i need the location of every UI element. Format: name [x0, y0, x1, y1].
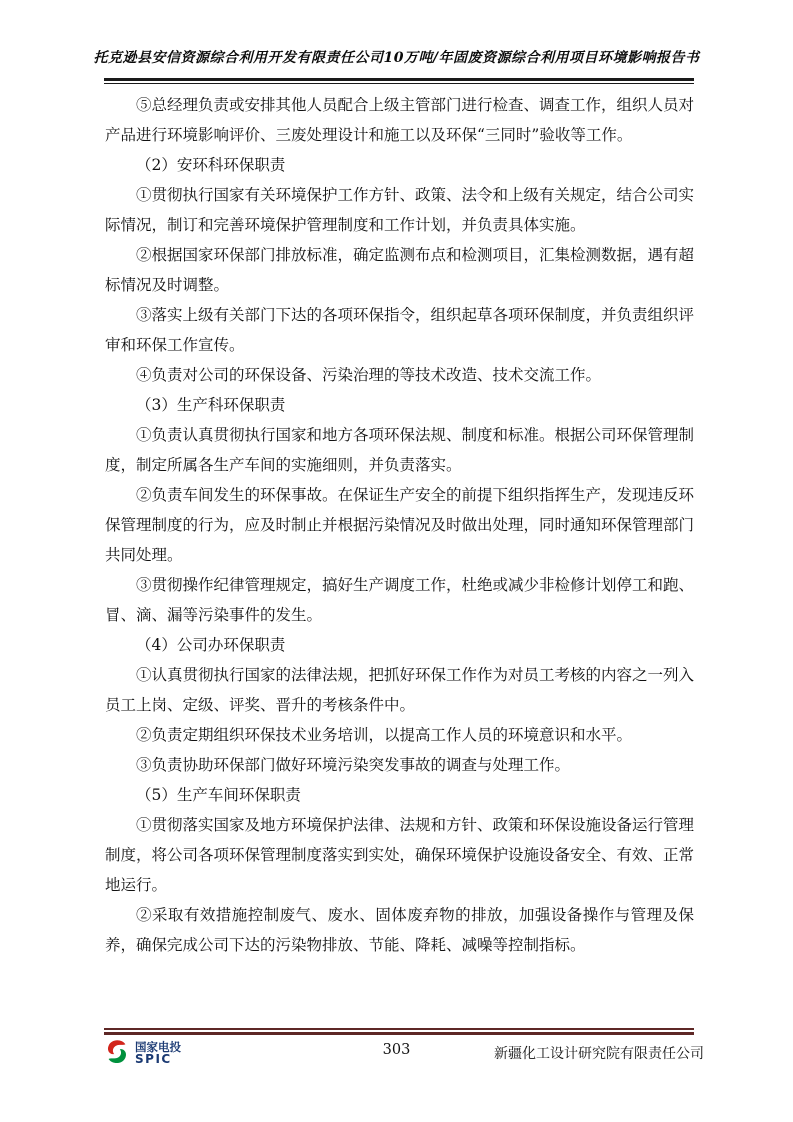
- paragraph: ③贯彻操作纪律管理规定，搞好生产调度工作，杜绝或减少非检修计划停工和跑、冒、滴、…: [105, 570, 694, 630]
- header-title: 托克逊县安信资源综合利用开发有限责任公司10万吨/年固废资源综合利用项目环境影响…: [50, 47, 743, 67]
- paragraph: ④负责对公司的环保设备、污染治理的等技术改造、技术交流工作。: [105, 360, 694, 390]
- document-page: 托克逊县安信资源综合利用开发有限责任公司10万吨/年固废资源综合利用项目环境影响…: [0, 0, 793, 1122]
- paragraph: （2）安环科环保职责: [105, 150, 694, 180]
- footer-rule: [104, 1028, 694, 1035]
- page-footer: 国家电投 SPIC 303 新疆化工设计研究院有限责任公司: [104, 1038, 694, 1066]
- spic-logo-chinese-name: 国家电投: [135, 1041, 181, 1053]
- paragraph: ①贯彻落实国家及地方环境保护法律、法规和方针、政策和环保设施设备运行管理制度，将…: [105, 810, 694, 900]
- footer-rule-thick-line: [104, 1032, 694, 1035]
- paragraph: ②根据国家环保部门排放标准，确定监测布点和检测项目，汇集检测数据，遇有超标情况及…: [105, 240, 694, 300]
- paragraph: （4）公司办环保职责: [105, 630, 694, 660]
- paragraph: ②负责车间发生的环保事故。在保证生产安全的前提下组织指挥生产，发现违反环保管理制…: [105, 480, 694, 570]
- footer-company-name: 新疆化工设计研究院有限责任公司: [494, 1038, 694, 1063]
- header-rule-thin-line: [104, 83, 694, 84]
- header-rule: [104, 78, 694, 84]
- spic-logo-icon: [104, 1038, 130, 1066]
- spic-logo-text: 国家电投 SPIC: [135, 1039, 181, 1066]
- spic-logo-english-name: SPIC: [135, 1053, 181, 1066]
- paragraph: （3）生产科环保职责: [105, 390, 694, 420]
- paragraph: ③负责协助环保部门做好环境污染突发事故的调查与处理工作。: [105, 750, 694, 780]
- paragraph: ①负责认真贯彻执行国家和地方各项环保法规、制度和标准。根据公司环保管理制度，制定…: [105, 420, 694, 480]
- page-number: 303: [299, 1038, 494, 1058]
- paragraph: ⑤总经理负责或安排其他人员配合上级主管部门进行检查、调查工作，组织人员对产品进行…: [105, 90, 694, 150]
- paragraph: ①认真贯彻执行国家的法律法规，把抓好环保工作作为对员工考核的内容之一列入员工上岗…: [105, 660, 694, 720]
- paragraph: ②负责定期组织环保技术业务培训，以提高工作人员的环境意识和水平。: [105, 720, 694, 750]
- footer-logo: 国家电投 SPIC: [104, 1038, 299, 1066]
- paragraph: ①贯彻执行国家有关环境保护工作方针、政策、法令和上级有关规定，结合公司实际情况，…: [105, 180, 694, 240]
- document-body: ⑤总经理负责或安排其他人员配合上级主管部门进行检查、调查工作，组织人员对产品进行…: [105, 90, 694, 960]
- paragraph: ③落实上级有关部门下达的各项环保指令，组织起草各项环保制度，并负责组织评审和环保…: [105, 300, 694, 360]
- paragraph: （5）生产车间环保职责: [105, 780, 694, 810]
- paragraph: ②采取有效措施控制废气、废水、固体废弃物的排放，加强设备操作与管理及保养，确保完…: [105, 900, 694, 960]
